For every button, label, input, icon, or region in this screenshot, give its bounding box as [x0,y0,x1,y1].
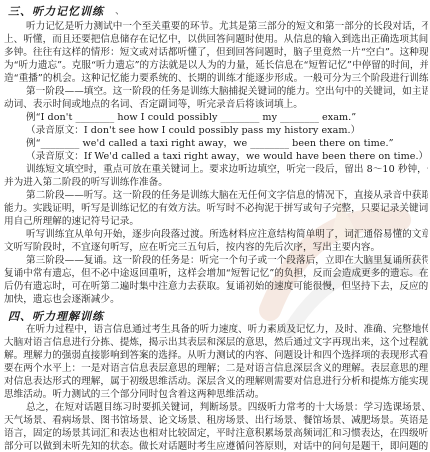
paragraph-line: 第三阶段——复诵。这一阶段的任务是：听完一个句子或一个段落后，立即在大脑里复诵所… [26,254,428,267]
paragraph-line: 用自己所理解的速记符号记录。 [4,215,428,228]
paragraph-line: 第二阶段——听写。这一阶段的任务是训练大脑在无任何文字信息的情况下，直接从录音中… [26,189,428,202]
paragraph-line: 在听力过程中，语言信息通过考生具备的听力速度、听力素质及记忆力，及时、准确、完整… [26,323,428,336]
paragraph-line: 天气场景、看病场景、图书馆场景、论文场景、租房场景、出行场景、餐馆场景、减肥场景… [4,414,428,427]
section-heading-memory-training: 三、听力记忆训练 [8,3,104,19]
paragraph-line: 听力记忆是听力测试中一个至关重要的环节。尤其是第三部分的短文和第一部分的长段对话… [26,20,428,33]
paragraph-line: 上、听懂，而且还要把信息储存在记忆中，以供回答问题时使用。从信息的输入到选出正确… [4,33,428,46]
paragraph-line: 第一阶段——填空。这一阶段的任务是训练大脑捕捉关键词的能力。空出句中的关键词，如… [26,85,428,98]
paragraph-line: 训练短文填空时，重点可放在重关键词上。要求边听边填空，听完一段后，留出 8～10… [26,163,428,176]
example-original-text: （录音原文：If We'd called a taxi right away，w… [26,150,428,163]
paragraph-line: 为“听力遗忘”。克服“听力遗忘”的方法就是以人为的力量，延长信息在“短暂记忆”中… [4,59,428,72]
paragraph-line: 思维活动。听力测试的三个部分同时包含着这两种思维活动。 [4,388,428,401]
paragraph-line: 动词、表示时间或地点的名词、否定副词等，听完录音后将该词填上。 [4,98,428,111]
paragraph-line: 复诵中常有遗忘，但不必中途返回重听，这样会增加“短暂记忆”的负担，反而会造成更多… [4,267,428,280]
paragraph-line: 对信息表达形式的理解，属于初级思维活动。深层含义的理解则需要对信息进行分析和提炼… [4,375,428,388]
scanned-document-page: 三、听力记忆训练 、 听力记忆是听力测试中一个至关重要的环节。尤其是第三部分的短… [0,0,430,452]
paragraph-line: 解。理解力的强弱直接影响到答案的选择。从听力测试的内容、问题设计和四个选择项的表… [4,349,428,362]
paragraph-line: 造“重播”的机会。这种记忆能力要系统的、长期的训练才能逐步形成。一般可分为三个阶… [4,72,428,85]
paragraph-line: 能力。实践证明，听写是训练记忆的有效方法。听写时不必拘泥于拼写或句子完整，只要记… [4,202,428,215]
paragraph-line: 语言，固定的场景其词汇和表达也相对比较固定，平时注意积累场景高频词汇和习惯表达，… [4,427,428,440]
paragraph-line: 要在两个水平上：一是对语言信息表层意思的理解；二是对语言信息深层含义的理解。表层… [4,362,428,375]
section-heading-comprehension-training: 四、听力理解训练 [8,308,104,324]
paragraph-line: 后仍有遗忘时，可在听第二遍时集中注意力去获取。复诵初始的速度可能很慢，但坚持下去… [4,280,428,293]
paragraph-line: 总之，在短对话题目练习时要抓关键词，判断场景。四级听力常考的十大场景：学习选课场… [26,401,428,414]
example-sentence: 例“I don't ________ how I could possibly … [26,111,428,124]
paragraph-line: 文听写阶段时，不宜逐句听写，应在听完三五句后，按内容的先后次序，写出主要内容。 [4,241,428,254]
example-sentence: 例“________ we'd called a taxi right away… [26,137,428,150]
example-original-text: （录音原文：I don't see how I could possibly p… [26,124,428,137]
paragraph-line: 并为进入第二阶段的听写训练作准备。 [4,176,428,189]
paragraph-line: 加快，遗忘也会逐渐减少。 [4,293,428,306]
paragraph-line: 部分可以做到未听先知的状态。做长对话题时考生应遵循问答原则，对话中的问句是题干，… [4,440,428,452]
paragraph-line: 大脑对语言信息进行分拣、提炼，揭示出其表层和深层的意思，然后通过文字再现出来，这… [4,336,428,349]
scan-mark: 、 [115,2,125,17]
paragraph-line: 听写训练宜从单句开始，逐步向段落过渡。所选材料应注意结构简单明了，词汇通俗易懂的… [26,228,428,241]
paragraph-line: 多钟。往往有这样的情形：短文或对话都听懂了，但到回答问题时，脑子里竟然一片“空白… [4,46,428,59]
